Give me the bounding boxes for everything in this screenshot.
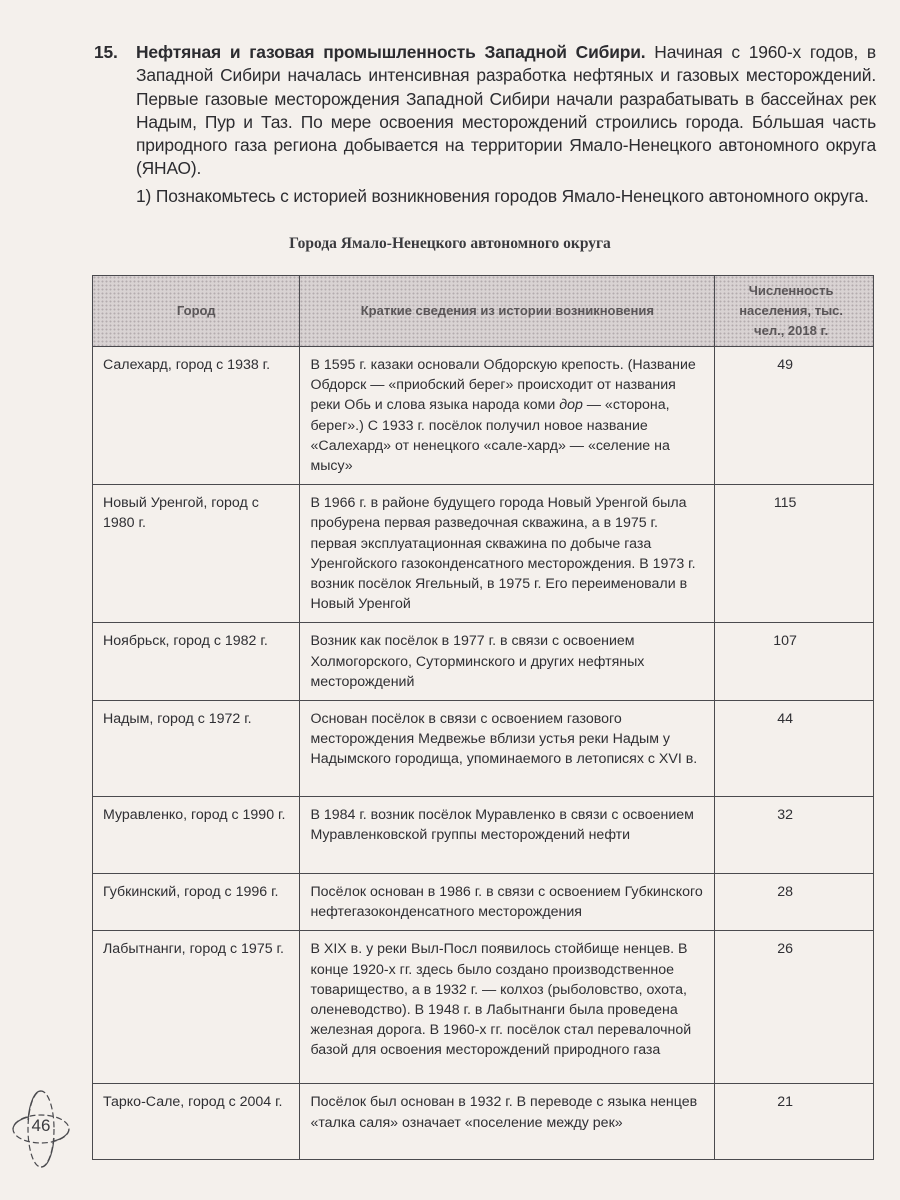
task-body: Нефтяная и газовая промышленность Западн… [136, 41, 876, 181]
history-text-part: В XIX в. у реки Выл-Посл появилось стойб… [310, 941, 691, 1058]
task-subtask: 1) Познакомьтесь с историей возникновени… [136, 185, 876, 208]
history-text-part: В 1966 г. в районе будущего города Новый… [310, 495, 695, 612]
page-number-badge: 46 [8, 1088, 74, 1170]
history-text: Основан посёлок в связи с освоением газо… [300, 701, 714, 778]
cell-city: Лабытнанги, город с 1975 г. [93, 931, 300, 1084]
table-row: Новый Уренгой, город с 1980 г.В 1966 г. … [93, 485, 874, 623]
population-value: 107 [715, 623, 873, 659]
table-row: Салехард, город с 1938 г.В 1595 г. казак… [93, 347, 874, 485]
city-name: Лабытнанги, город с 1975 г. [93, 931, 299, 967]
history-text: Посёлок основан в 1986 г. в связи с осво… [300, 874, 714, 930]
cell-population: 21 [715, 1084, 874, 1160]
city-name: Тарко-Сале, город с 2004 г. [93, 1084, 299, 1120]
population-value: 49 [715, 347, 873, 383]
population-value: 115 [715, 485, 873, 521]
cell-population: 26 [715, 931, 874, 1084]
cell-history: В XIX в. у реки Выл-Посл появилось стойб… [300, 931, 715, 1084]
cell-history: Посёлок был основан в 1932 г. В переводе… [300, 1084, 715, 1160]
cell-history: Основан посёлок в связи с освоением газо… [300, 701, 715, 797]
cell-history: В 1984 г. возник посёлок Муравленко в св… [300, 797, 715, 874]
cell-city: Новый Уренгой, город с 1980 г. [93, 485, 300, 623]
population-value: 32 [715, 797, 873, 833]
cell-history: В 1966 г. в районе будущего города Новый… [300, 485, 715, 623]
cell-history: В 1595 г. казаки основали Обдорскую креп… [300, 347, 715, 485]
cell-city: Тарко-Сале, город с 2004 г. [93, 1084, 300, 1160]
city-name: Надым, город с 1972 г. [93, 701, 299, 737]
task-text: Начиная с 1960-х годов, в Западной Сибир… [136, 42, 876, 178]
table-row: Губкинский, город с 1996 г.Посёлок основ… [93, 874, 874, 931]
table-row: Тарко-Сале, город с 2004 г.Посёлок был о… [93, 1084, 874, 1160]
task-15: 15. Нефтяная и газовая промышленность За… [94, 41, 876, 208]
cell-city: Надым, город с 1972 г. [93, 701, 300, 797]
page-number: 46 [8, 1116, 74, 1136]
population-value: 28 [715, 874, 873, 910]
task-title: Нефтяная и газовая промышленность Западн… [136, 42, 645, 62]
cities-table: Город Краткие сведения из истории возник… [92, 275, 874, 1160]
table-caption: Города Ямало-Ненецкого автономного округ… [0, 235, 900, 253]
history-text: В 1595 г. казаки основали Обдорскую креп… [300, 347, 714, 484]
table-row: Надым, город с 1972 г.Основан посёлок в … [93, 701, 874, 797]
task-number: 15. [94, 41, 134, 64]
header-population: Численность населения, тыс. чел., 2018 г… [715, 276, 874, 347]
city-name: Салехард, город с 1938 г. [93, 347, 299, 383]
cell-city: Салехард, город с 1938 г. [93, 347, 300, 485]
history-text-part: Возник как посёлок в 1977 г. в связи с о… [310, 633, 644, 689]
cell-population: 49 [715, 347, 874, 485]
table-body: Салехард, город с 1938 г.В 1595 г. казак… [93, 347, 874, 1160]
cell-history: Посёлок основан в 1986 г. в связи с осво… [300, 874, 715, 931]
history-text-part: Посёлок был основан в 1932 г. В переводе… [310, 1094, 697, 1130]
cell-history: Возник как посёлок в 1977 г. в связи с о… [300, 623, 715, 701]
history-text: В 1984 г. возник посёлок Муравленко в св… [300, 797, 714, 853]
population-value: 44 [715, 701, 873, 737]
header-city: Город [93, 276, 300, 347]
cell-city: Ноябрьск, город с 1982 г. [93, 623, 300, 701]
cell-population: 115 [715, 485, 874, 623]
cell-population: 32 [715, 797, 874, 874]
history-text-part: В 1984 г. возник посёлок Муравленко в св… [310, 807, 693, 843]
cell-population: 44 [715, 701, 874, 797]
city-name: Муравленко, город с 1990 г. [93, 797, 299, 833]
population-value: 26 [715, 931, 873, 967]
history-text-italic: дор [559, 397, 583, 413]
cell-city: Губкинский, город с 1996 г. [93, 874, 300, 931]
cell-city: Муравленко, город с 1990 г. [93, 797, 300, 874]
table-row: Лабытнанги, город с 1975 г.В XIX в. у ре… [93, 931, 874, 1084]
history-text: В 1966 г. в районе будущего города Новый… [300, 485, 714, 622]
table-header-row: Город Краткие сведения из истории возник… [93, 276, 874, 347]
cell-population: 107 [715, 623, 874, 701]
city-name: Новый Уренгой, город с 1980 г. [93, 485, 299, 541]
table-row: Ноябрьск, город с 1982 г.Возник как посё… [93, 623, 874, 701]
history-text-part: Основан посёлок в связи с освоением газо… [310, 711, 697, 767]
city-name: Губкинский, город с 1996 г. [93, 874, 299, 910]
header-history: Краткие сведения из истории возникновени… [300, 276, 715, 347]
cell-population: 28 [715, 874, 874, 931]
population-value: 21 [715, 1084, 873, 1120]
header-population-text: Численность населения, тыс. чел., 2018 г… [715, 281, 873, 341]
table-row: Муравленко, город с 1990 г.В 1984 г. воз… [93, 797, 874, 874]
history-text: В XIX в. у реки Выл-Посл появилось стойб… [300, 931, 714, 1068]
history-text-part: Посёлок основан в 1986 г. в связи с осво… [310, 884, 702, 920]
history-text: Возник как посёлок в 1977 г. в связи с о… [300, 623, 714, 700]
history-text: Посёлок был основан в 1932 г. В переводе… [300, 1084, 714, 1140]
city-name: Ноябрьск, город с 1982 г. [93, 623, 299, 659]
